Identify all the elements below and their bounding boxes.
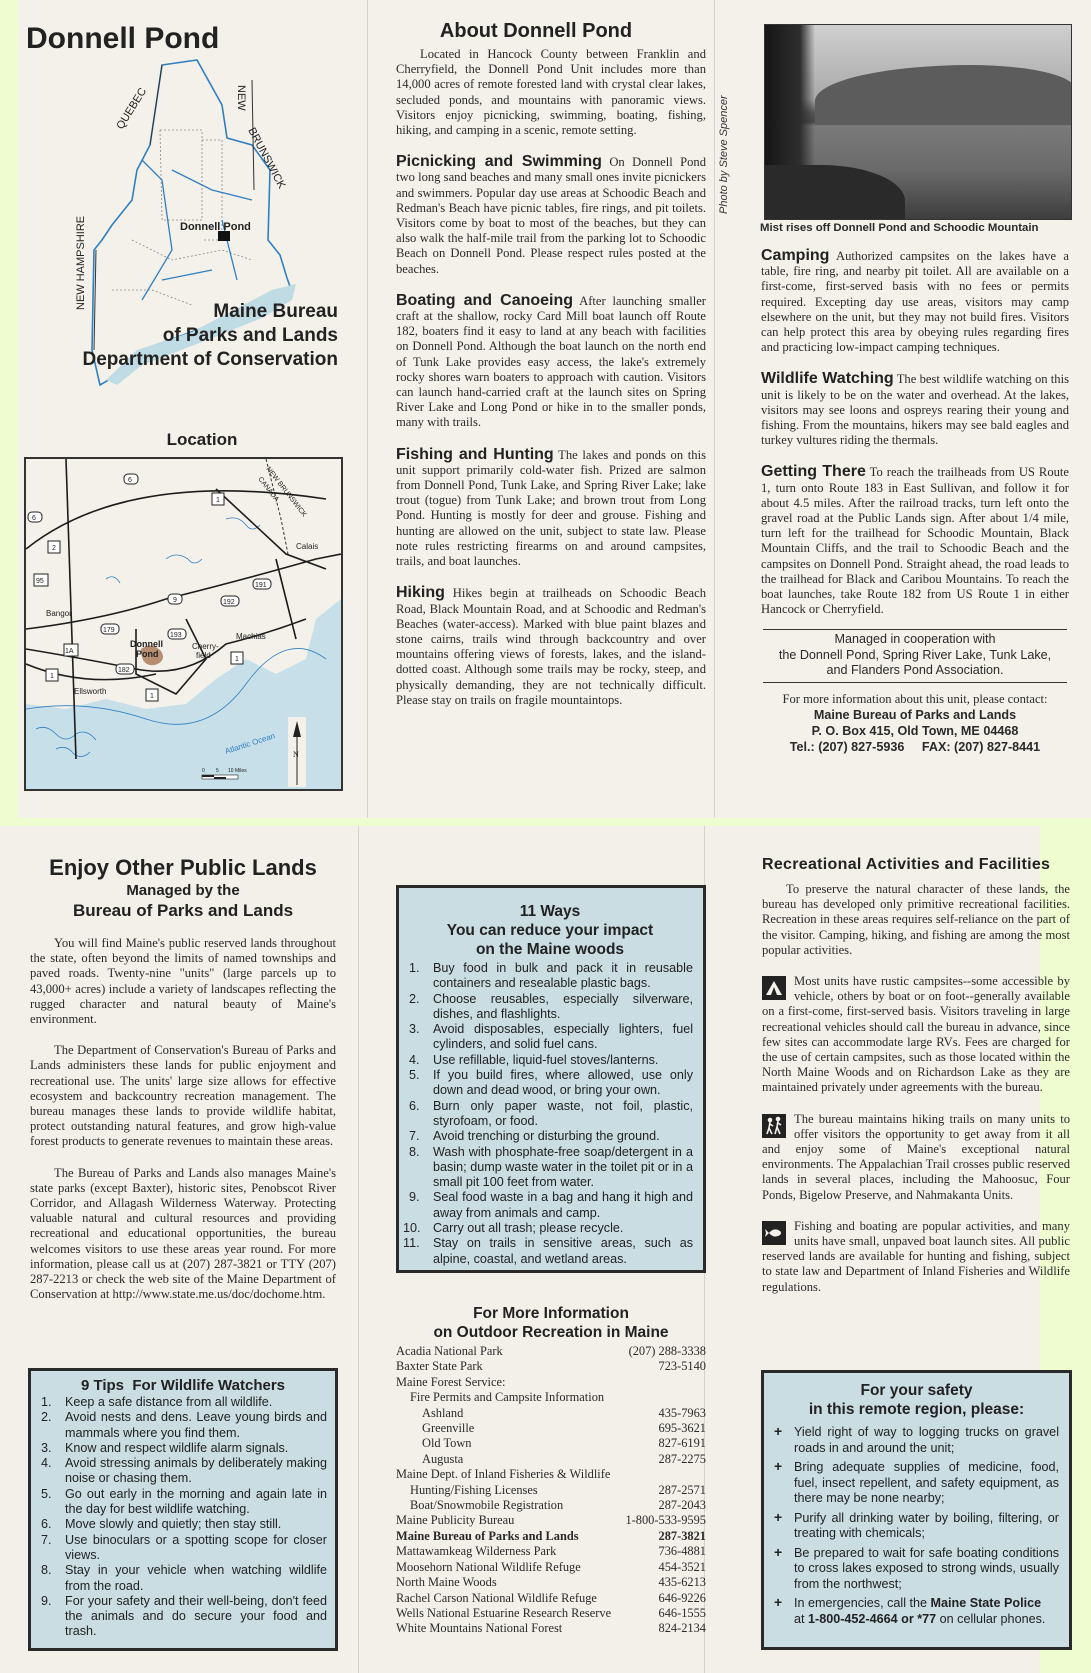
fold-line xyxy=(358,826,359,1673)
contact-directory: Acadia National Park(207) 288-3338Baxter… xyxy=(396,1344,706,1637)
svg-text:95: 95 xyxy=(36,578,44,585)
table-row: Rachel Carson National Wildlife Refuge64… xyxy=(396,1591,706,1606)
table-row: Maine Publicity Bureau1-800-533-9595 xyxy=(396,1513,706,1528)
place-ellsworth: Ellsworth xyxy=(74,687,106,696)
contact-phone[interactable]: 435-7963 xyxy=(622,1406,706,1421)
contact-phone[interactable]: 723-5140 xyxy=(622,1359,706,1374)
plus-icon: + xyxy=(774,1595,782,1611)
section-hiking: Hiking Hikes begin at trailheads on Scho… xyxy=(396,585,706,708)
recreation-intro: To preserve the natural character of the… xyxy=(762,882,1070,958)
contact-phone[interactable]: 435-6213 xyxy=(622,1575,706,1590)
svg-text:10 Miles: 10 Miles xyxy=(228,768,247,774)
table-row: Old Town827-6191 xyxy=(396,1436,706,1451)
section-camping: Camping Authorized campsites on the lake… xyxy=(761,248,1069,355)
eleven-ways-title: 11 Ways You can reduce your impact on th… xyxy=(407,902,693,959)
enjoy-title: Enjoy Other Public Lands xyxy=(30,855,336,881)
svg-text:Atlantic Ocean: Atlantic Ocean xyxy=(224,731,276,756)
cooperation-note: Managed in cooperation with the Donnell … xyxy=(761,630,1069,682)
agency-line-1: Maine Bureau xyxy=(83,300,338,324)
north-arrow: N xyxy=(288,717,306,787)
table-row: Baxter State Park723-5140 xyxy=(396,1359,706,1374)
section-heading: Wildlife Watching xyxy=(761,370,894,387)
svg-text:192: 192 xyxy=(223,599,235,606)
list-item: 8.Wash with phosphate-free soap/detergen… xyxy=(407,1145,693,1191)
list-item: 3.Avoid disposables, especially lighters… xyxy=(407,1022,693,1053)
contact-name: Fire Permits and Campsite Information xyxy=(396,1390,622,1405)
hikers-icon xyxy=(762,1114,786,1138)
contact-name: Mattawamkeag Wilderness Park xyxy=(396,1544,622,1559)
place-bangor: Bangor xyxy=(46,609,72,618)
svg-text:Cherry-: Cherry- xyxy=(192,642,219,651)
svg-text:NEW HAMPSHIRE: NEW HAMPSHIRE xyxy=(75,216,87,310)
cover-panel: Donnell Pond QUEBEC NEW BRUNSWICK NEW HA… xyxy=(22,0,342,400)
svg-text:NEW: NEW xyxy=(235,85,247,111)
safety-box: For your safety in this remote region, p… xyxy=(761,1370,1072,1650)
contact-name: Wells National Estuarine Research Reserv… xyxy=(396,1606,622,1621)
list-item: 3.Know and respect wildlife alarm signal… xyxy=(39,1441,327,1456)
list-item: 5.Go out early in the morning and again … xyxy=(39,1487,327,1518)
about-panel: About Donnell Pond Located in Hancock Co… xyxy=(396,20,706,708)
contact-phone[interactable]: 824-2134 xyxy=(622,1621,706,1636)
section-heading: Camping xyxy=(761,247,829,264)
agency-line-3: Department of Conservation xyxy=(83,348,338,372)
photo-caption: Mist rises off Donnell Pond and Schoodic… xyxy=(760,222,1070,234)
contact-phone[interactable]: 287-2275 xyxy=(622,1452,706,1467)
list-item: 11.Stay on trails in sensitive areas, su… xyxy=(407,1236,693,1267)
fish-icon xyxy=(762,1221,786,1245)
about-intro: Located in Hancock County between Frankl… xyxy=(396,47,706,138)
more-info-title: For More Information on Outdoor Recreati… xyxy=(396,1304,706,1342)
svg-text:2: 2 xyxy=(52,545,56,552)
section-heading: Hiking xyxy=(396,584,445,601)
contact-name: Rachel Carson National Wildlife Refuge xyxy=(396,1591,622,1606)
svg-text:Donnell Pond: Donnell Pond xyxy=(180,221,251,233)
contact-tel[interactable]: Tel.: (207) 827-5936 xyxy=(790,740,905,754)
list-item: 7.Avoid trenching or disturbing the grou… xyxy=(407,1129,693,1144)
table-row: Mattawamkeag Wilderness Park736-4881 xyxy=(396,1544,706,1559)
contact-fax: FAX: (207) 827-8441 xyxy=(922,740,1040,754)
table-row: Maine Bureau of Parks and Lands287-3821 xyxy=(396,1529,706,1544)
photo-panel: Photo by Steve Spencer Mist rises off Do… xyxy=(740,24,1070,755)
table-row: Boat/Snowmobile Registration287-2043 xyxy=(396,1498,706,1513)
contact-name: Maine Dept. of Inland Fisheries & Wildli… xyxy=(396,1467,622,1482)
safety-title: For your safety in this remote region, p… xyxy=(774,1381,1059,1419)
section-heading: Picnicking and Swimming xyxy=(396,153,602,170)
list-item: 2.Avoid nests and dens. Leave young bird… xyxy=(39,1410,327,1441)
agency-line-2: of Parks and Lands xyxy=(83,324,338,348)
contact-phone[interactable]: 287-2571 xyxy=(622,1483,706,1498)
section-heading: Getting There xyxy=(761,463,866,480)
svg-text:5: 5 xyxy=(216,768,219,774)
table-row: Wells National Estuarine Research Reserv… xyxy=(396,1606,706,1621)
list-item: 4.Use refillable, liquid-fuel stoves/lan… xyxy=(407,1053,693,1068)
place-calais: Calais xyxy=(296,542,318,551)
svg-text:6: 6 xyxy=(128,477,132,484)
divider xyxy=(763,682,1067,683)
list-item: 9.Seal food waste in a bag and hang it h… xyxy=(407,1190,693,1221)
list-item: +Purify all drinking water by boiling, f… xyxy=(774,1511,1059,1542)
table-row: Maine Forest Service: xyxy=(396,1375,706,1390)
wildlife-tips-box: 9 Tips For Wildlife Watchers 1.Keep a sa… xyxy=(28,1368,338,1651)
recreation-panel: Recreational Activities and Facilities T… xyxy=(762,856,1070,1295)
eleven-ways-list: 1.Buy food in bulk and pack it in reusab… xyxy=(407,961,693,1267)
contact-phone[interactable]: 827-6191 xyxy=(622,1436,706,1451)
list-item: 4.Avoid stressing animals by deliberatel… xyxy=(39,1456,327,1487)
contact-phone[interactable]: 695-3621 xyxy=(622,1421,706,1436)
list-item: 2.Choose reusables, especially silverwar… xyxy=(407,992,693,1023)
contact-name: Baxter State Park xyxy=(396,1359,622,1374)
list-item: +Bring adequate supplies of medicine, fo… xyxy=(774,1460,1059,1507)
list-item: 7.Use binoculars or a spotting scope for… xyxy=(39,1533,327,1564)
svg-text:0: 0 xyxy=(202,768,205,774)
svg-text:182: 182 xyxy=(118,667,130,674)
about-title: About Donnell Pond xyxy=(366,20,706,43)
contact-block: For more information about this unit, pl… xyxy=(761,691,1069,755)
list-item: +Be prepared to wait for safe boating co… xyxy=(774,1546,1059,1593)
section-picnicking: Picnicking and Swimming On Donnell Pond … xyxy=(396,154,706,277)
section-getting-there: Getting There To reach the trailheads fr… xyxy=(761,464,1069,617)
section-boating: Boating and Canoeing After launching sma… xyxy=(396,293,706,431)
location-map-graphic: Bangor Ellsworth Cherry- field Machias C… xyxy=(26,459,341,789)
fold-line xyxy=(714,0,715,818)
contact-phone[interactable]: 646-9226 xyxy=(622,1591,706,1606)
section-wildlife: Wildlife Watching The best wildlife watc… xyxy=(761,371,1069,448)
contact-name: Hunting/Fishing Licenses xyxy=(396,1483,622,1498)
list-item: +In emergencies, call the Maine State Po… xyxy=(774,1596,1059,1627)
contact-phone[interactable]: 287-3821 xyxy=(622,1529,706,1544)
table-row: Hunting/Fishing Licenses287-2571 xyxy=(396,1483,706,1498)
contact-name: Maine Bureau of Parks and Lands xyxy=(396,1529,622,1544)
place-machias: Machias xyxy=(236,632,266,641)
svg-text:N: N xyxy=(293,750,299,759)
tent-icon xyxy=(762,976,786,1000)
section-fishing: Fishing and Hunting The lakes and ponds … xyxy=(396,447,706,570)
table-row: Greenville695-3621 xyxy=(396,1421,706,1436)
contact-phone[interactable]: 454-3521 xyxy=(622,1560,706,1575)
contact-name: Old Town xyxy=(396,1436,622,1451)
list-item: 1.Buy food in bulk and pack it in reusab… xyxy=(407,961,693,992)
emergency-org: Maine State Police xyxy=(931,1596,1042,1610)
enjoy-paragraph: The Bureau of Parks and Lands also manag… xyxy=(30,1166,336,1303)
table-row: Ashland435-7963 xyxy=(396,1406,706,1421)
list-item: 10.Carry out all trash; please recycle. xyxy=(407,1221,693,1236)
wildlife-tips-title: 9 Tips For Wildlife Watchers xyxy=(39,1376,327,1395)
emergency-phone[interactable]: 1-800-452-4664 or *77 xyxy=(808,1612,936,1626)
contact-name: North Maine Woods xyxy=(396,1575,622,1590)
svg-text:1: 1 xyxy=(50,673,54,680)
svg-text:Donnell: Donnell xyxy=(130,639,163,649)
plus-icon: + xyxy=(774,1459,782,1475)
list-item: 1.Keep a safe distance from all wildlife… xyxy=(39,1395,327,1410)
recreation-camping: Most units have rustic campsites--some a… xyxy=(762,974,1070,1096)
plus-icon: + xyxy=(774,1424,782,1440)
contact-name: White Mountains National Forest xyxy=(396,1621,622,1636)
wildlife-tips-list: 1.Keep a safe distance from all wildlife… xyxy=(39,1395,327,1640)
map-label-quebec: QUEBEC xyxy=(114,86,149,132)
photo-credit: Photo by Steve Spencer xyxy=(718,95,730,214)
table-row: Augusta287-2275 xyxy=(396,1452,706,1467)
table-row: Acadia National Park(207) 288-3338 xyxy=(396,1344,706,1359)
plus-icon: + xyxy=(774,1510,782,1526)
location-panel: Location xyxy=(22,430,342,815)
enjoy-panel: Enjoy Other Public Lands Managed by the … xyxy=(30,855,336,1302)
table-row: Moosehorn National Wildlife Refuge454-35… xyxy=(396,1560,706,1575)
contact-name: Acadia National Park xyxy=(396,1344,622,1359)
agency-name: Maine Bureau of Parks and Lands Departme… xyxy=(83,300,338,372)
recreation-title: Recreational Activities and Facilities xyxy=(762,856,1070,874)
section-heading: Fishing and Hunting xyxy=(396,446,554,463)
contact-name: Maine Publicity Bureau xyxy=(396,1513,622,1528)
contact-phone[interactable]: 646-1555 xyxy=(622,1606,706,1621)
list-item: +Yield right of way to logging trucks on… xyxy=(774,1425,1059,1456)
lake-photo[interactable] xyxy=(764,24,1072,220)
contact-phone xyxy=(622,1390,706,1405)
svg-text:179: 179 xyxy=(103,627,115,634)
contact-phone[interactable]: 1-800-533-9595 xyxy=(622,1513,706,1528)
contact-name: Moosehorn National Wildlife Refuge xyxy=(396,1560,622,1575)
plus-icon: + xyxy=(774,1545,782,1561)
table-row: North Maine Woods435-6213 xyxy=(396,1575,706,1590)
contact-name: Ashland xyxy=(396,1406,622,1421)
list-item: 5.If you build fires, where allowed, use… xyxy=(407,1068,693,1099)
svg-text:1A: 1A xyxy=(65,648,74,655)
section-heading: Boating and Canoeing xyxy=(396,292,573,309)
more-info-panel: For More Information on Outdoor Recreati… xyxy=(396,1304,706,1637)
svg-text:6: 6 xyxy=(32,515,36,522)
contact-name: Maine Forest Service: xyxy=(396,1375,622,1390)
recreation-hiking: The bureau maintains hiking trails on ma… xyxy=(762,1112,1070,1203)
location-map[interactable]: Bangor Ellsworth Cherry- field Machias C… xyxy=(24,457,343,791)
location-title: Location xyxy=(62,430,342,450)
list-item: 9.For your safety and their well-being, … xyxy=(39,1594,327,1640)
table-row: Maine Dept. of Inland Fisheries & Wildli… xyxy=(396,1467,706,1482)
enjoy-subtitle-1: Managed by the xyxy=(30,881,336,900)
safety-list: +Yield right of way to logging trucks on… xyxy=(774,1425,1059,1627)
contact-phone xyxy=(622,1375,706,1390)
svg-text:193: 193 xyxy=(170,632,182,639)
contact-name: Augusta xyxy=(396,1452,622,1467)
contact-phone xyxy=(622,1467,706,1482)
eleven-ways-box: 11 Ways You can reduce your impact on th… xyxy=(396,885,706,1273)
list-item: 8.Stay in your vehicle when watching wil… xyxy=(39,1563,327,1594)
fold-line xyxy=(367,0,368,818)
contact-name: Boat/Snowmobile Registration xyxy=(396,1498,622,1513)
contact-name: Greenville xyxy=(396,1421,622,1436)
svg-text:1: 1 xyxy=(235,656,239,663)
enjoy-paragraph: You will find Maine's public reserved la… xyxy=(30,936,336,1027)
enjoy-paragraph: The Department of Conservation's Bureau … xyxy=(30,1043,336,1149)
svg-text:191: 191 xyxy=(255,582,267,589)
contact-phone[interactable]: 736-4881 xyxy=(622,1544,706,1559)
svg-text:Pond: Pond xyxy=(136,649,159,659)
table-row: Fire Permits and Campsite Information xyxy=(396,1390,706,1405)
svg-text:field: field xyxy=(196,651,211,660)
enjoy-subtitle-2: Bureau of Parks and Lands xyxy=(30,900,336,922)
recreation-fishing: Fishing and boating are popular activiti… xyxy=(762,1219,1070,1295)
list-item: 6.Move slowly and quietly; then stay sti… xyxy=(39,1517,327,1532)
contact-phone[interactable]: 287-2043 xyxy=(622,1498,706,1513)
scale-bar: 0510 Miles xyxy=(202,768,247,779)
contact-phone[interactable]: (207) 288-3338 xyxy=(622,1344,706,1359)
svg-text:9: 9 xyxy=(173,597,177,604)
list-item: 6.Burn only paper waste, not foil, plast… xyxy=(407,1099,693,1130)
svg-text:1: 1 xyxy=(216,497,220,504)
svg-text:1: 1 xyxy=(150,693,154,700)
table-row: White Mountains National Forest824-2134 xyxy=(396,1621,706,1636)
